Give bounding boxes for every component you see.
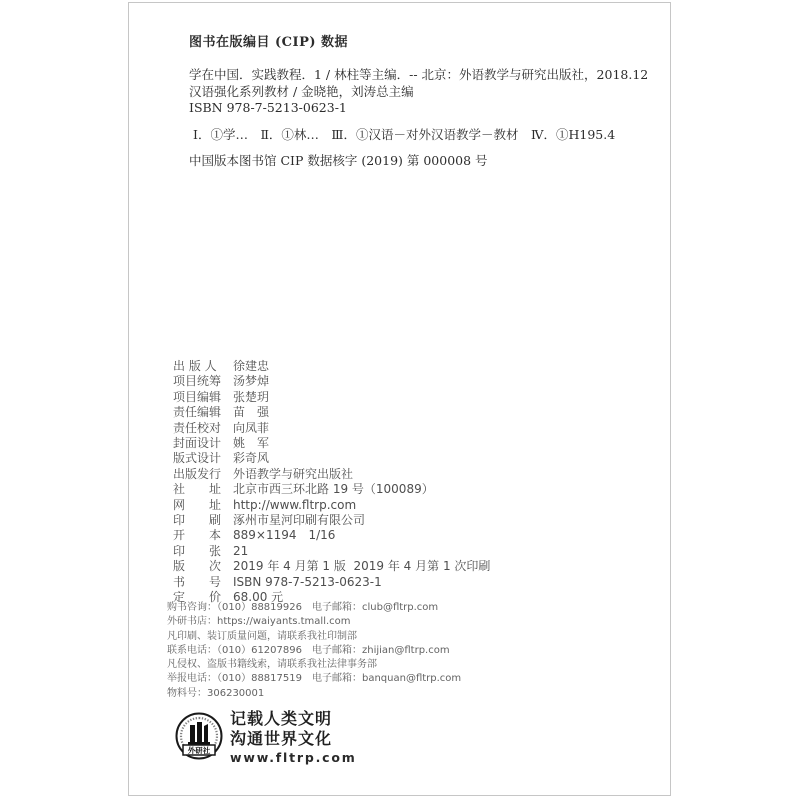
cip-header: 图书在版编目 (CIP) 数据: [189, 31, 659, 50]
colophon-value: http://www.fltrp.com: [233, 498, 356, 513]
colophon-value: 张楚玥: [233, 390, 269, 405]
colophon-value: 姚 军: [233, 436, 269, 451]
colophon-label: 责任编辑: [173, 405, 233, 420]
colophon-value: 北京市西三环北路 19 号（100089）: [233, 482, 434, 497]
fltrp-publisher-logo-icon: 外研社: [174, 711, 224, 765]
colophon-value: ISBN 978-7-5213-0623-1: [233, 575, 382, 590]
colophon-row: 责任校对 向凤菲: [173, 421, 653, 436]
colophon-row: 网 址 http://www.fltrp.com: [173, 498, 653, 513]
colophon-value: 21: [233, 544, 248, 559]
publisher-slogan-block: 记载人类文明 沟通世界文化 www.fltrp.com: [230, 709, 357, 765]
colophon-value: 徐建忠: [233, 359, 269, 374]
contact-line: 物料号：306230001: [167, 687, 647, 701]
colophon-label: 开 本: [173, 528, 233, 543]
colophon-label: 版 次: [173, 559, 233, 574]
slogan-line-2: 沟通世界文化: [230, 729, 357, 749]
colophon-row: 版式设计 彩奇风: [173, 451, 653, 466]
publisher-website: www.fltrp.com: [230, 750, 357, 765]
colophon-label: 项目统筹: [173, 374, 233, 389]
copyright-page: 图书在版编目 (CIP) 数据 学在中国．实践教程．1 / 林柱等主编．-- 北…: [128, 2, 671, 796]
contact-line: 联系电话：（010）61207896 电子邮箱：zhijian@fltrp.co…: [167, 644, 647, 658]
colophon-label: 版式设计: [173, 451, 233, 466]
colophon-row: 出版发行 外语教学与研究出版社: [173, 467, 653, 482]
colophon-row: 印 张 21: [173, 544, 653, 559]
colophon-label: 书 号: [173, 575, 233, 590]
colophon-label: 项目编辑: [173, 390, 233, 405]
contact-line: 凡印刷、装订质量问题，请联系我社印制部: [167, 630, 647, 644]
colophon-list: 出 版 人 徐建忠 项目统筹 汤梦焯 项目编辑 张楚玥 责任编辑 苗 强 责任校…: [173, 359, 653, 606]
slogan-line-1: 记载人类文明: [230, 709, 357, 729]
colophon-label: 印 张: [173, 544, 233, 559]
cip-bibliography: 学在中国．实践教程．1 / 林柱等主编．-- 北京：外语教学与研究出版社，201…: [189, 67, 659, 117]
cip-record-number: 中国版本图书馆 CIP 数据核字 (2019) 第 000008 号: [189, 153, 659, 169]
colophon-row: 社 址 北京市西三环北路 19 号（100089）: [173, 482, 653, 497]
colophon-label: 网 址: [173, 498, 233, 513]
colophon-value: 向凤菲: [233, 421, 269, 436]
colophon-value: 涿州市星河印刷有限公司: [233, 513, 365, 528]
cip-data-section: 图书在版编目 (CIP) 数据 学在中国．实践教程．1 / 林柱等主编．-- 北…: [189, 31, 659, 169]
cip-classification: Ⅰ．①学… Ⅱ．①林… Ⅲ．①汉语－对外汉语教学－教材 Ⅳ．①H195.4: [189, 127, 659, 143]
colophon-row: 书 号 ISBN 978-7-5213-0623-1: [173, 575, 653, 590]
colophon-label: 社 址: [173, 482, 233, 497]
cip-bib-line: ISBN 978-7-5213-0623-1: [189, 100, 659, 117]
colophon-row: 项目编辑 张楚玥: [173, 390, 653, 405]
scanned-book-page-photo: 图书在版编目 (CIP) 数据 学在中国．实践教程．1 / 林柱等主编．-- 北…: [0, 0, 800, 800]
colophon-value: 彩奇风: [233, 451, 269, 466]
colophon-row: 开 本 889×1194 1/16: [173, 528, 653, 543]
colophon-label: 责任校对: [173, 421, 233, 436]
colophon-label: 印 刷: [173, 513, 233, 528]
logo-banner-text: 外研社: [188, 745, 211, 755]
colophon-label: 出 版 人: [173, 359, 233, 374]
colophon-row: 出 版 人 徐建忠: [173, 359, 653, 374]
colophon-value: 2019 年 4 月第 1 版 2019 年 4 月第 1 次印刷: [233, 559, 490, 574]
contact-info-block: 购书咨询：（010）88819926 电子邮箱：club@fltrp.com 外…: [167, 601, 647, 701]
colophon-label: 封面设计: [173, 436, 233, 451]
cip-bib-line: 学在中国．实践教程．1 / 林柱等主编．-- 北京：外语教学与研究出版社，201…: [189, 67, 659, 84]
colophon-row: 封面设计 姚 军: [173, 436, 653, 451]
contact-line: 凡侵权、盗版书籍线索，请联系我社法律事务部: [167, 658, 647, 672]
colophon-value: 苗 强: [233, 405, 269, 420]
cip-bib-line: 汉语强化系列教材 / 金晓艳，刘涛总主编: [189, 84, 659, 101]
colophon-row: 印 刷 涿州市星河印刷有限公司: [173, 513, 653, 528]
contact-line: 举报电话：（010）88817519 电子邮箱：banquan@fltrp.co…: [167, 672, 647, 686]
colophon-row: 责任编辑 苗 强: [173, 405, 653, 420]
colophon-row: 项目统筹 汤梦焯: [173, 374, 653, 389]
contact-line: 外研书店：https://waiyants.tmall.com: [167, 615, 647, 629]
publisher-footer: 外研社 记载人类文明 沟通世界文化 www.fltrp.com: [174, 709, 357, 765]
colophon-value: 889×1194 1/16: [233, 528, 335, 543]
colophon-value: 外语教学与研究出版社: [233, 467, 353, 482]
colophon-value: 汤梦焯: [233, 374, 269, 389]
colophon-label: 出版发行: [173, 467, 233, 482]
contact-line: 购书咨询：（010）88819926 电子邮箱：club@fltrp.com: [167, 601, 647, 615]
colophon-row: 版 次 2019 年 4 月第 1 版 2019 年 4 月第 1 次印刷: [173, 559, 653, 574]
